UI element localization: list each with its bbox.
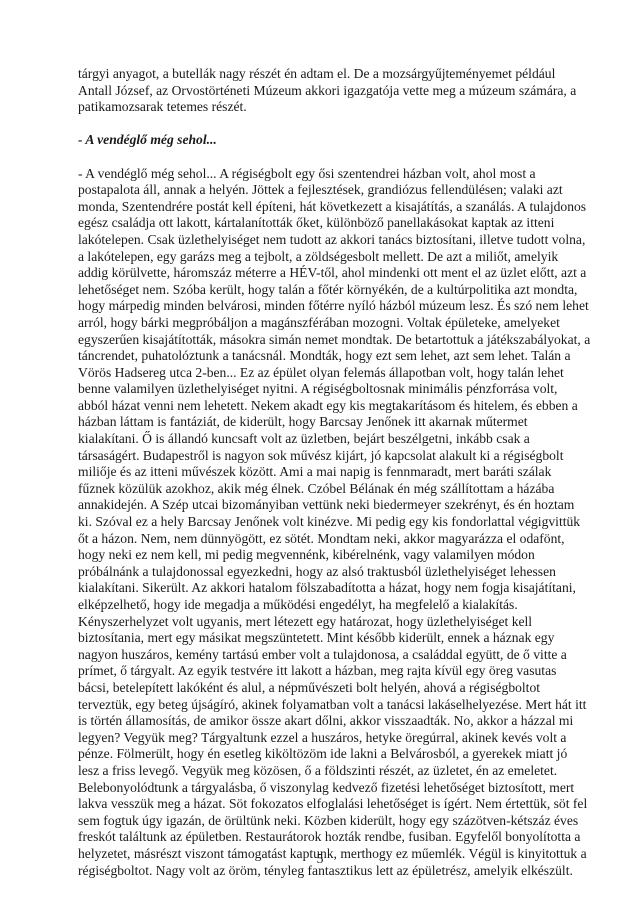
text-line: freskót találtunk az épületben. Restaurá… [78, 829, 578, 846]
text-line: egész családja ott lakott, kártalanított… [78, 215, 578, 232]
text-line: nagyon huszáros, kemény tartású ember vo… [78, 647, 578, 664]
text-line: postapalota áll, annak a helyén. Jöttek … [78, 182, 578, 199]
text-line: őt a házon. Nem, nem dünnyögött, ez söté… [78, 531, 578, 548]
text-line: monda, Szentendrére postát kell építeni,… [78, 199, 578, 216]
text-line: sem fogtuk úgy igazán, de örültünk neki.… [78, 813, 578, 830]
text-line: fűznek közülük azokhoz, akik még élnek. … [78, 481, 578, 498]
text-line: Vörös Hadsereg utca 2-ben... Ez az épüle… [78, 365, 578, 382]
document-page: tárgyi anyagot, a butellák nagy részét é… [78, 66, 578, 896]
text-line: lesz a friss levegő. Vegyük meg közösen,… [78, 763, 578, 780]
text-line: egyszerűen kisajátították, másokra simán… [78, 332, 578, 349]
text-line: lakva vesszük meg a házat. Söt fokozatos… [78, 796, 578, 813]
text-line: Kényszerhelyzet volt ugyanis, mert létez… [78, 614, 578, 631]
text-line: táncrendet, puhatolóztunk a tanácsnál. M… [78, 348, 578, 365]
text-line: hogy márpedig minden belvárosi, minden f… [78, 298, 578, 315]
text-line: - A vendéglő még sehol... A régiségbolt … [78, 166, 578, 183]
text-line: legyen? Vegyük meg? Tárgyaltunk ezzel a … [78, 730, 578, 747]
text-line: hogy neki ez nem kell, mi pedig megvenné… [78, 547, 578, 564]
text-line: abból házat venni nem lehetett. Nekem ak… [78, 398, 578, 415]
text-line: miliője és az itteni művészek között. Am… [78, 464, 578, 481]
text-line: biztosítania, mert egy másikat megszünte… [78, 630, 578, 647]
section-heading: - A vendéglő még sehol... [78, 132, 578, 149]
text-line: arról, hogy bárki megpróbáljon a magánsz… [78, 315, 578, 332]
text-line: patikamozsarak tetemes részét. [78, 99, 578, 116]
paragraph-body: - A vendéglő még sehol... A régiségbolt … [78, 166, 578, 880]
text-line: Antall József, az Orvostörténeti Múzeum … [78, 83, 578, 100]
text-line: prímet, ő tárgyalt. Az egyik testvére it… [78, 663, 578, 680]
text-line: társaságért. Budapestről is nagyon sok m… [78, 448, 578, 465]
text-line: annakidején. A Szép utcai bizományiban v… [78, 497, 578, 514]
text-line: kialakítani. Sikerült. Az akkori hatalom… [78, 580, 578, 597]
page-number: 5 [0, 851, 640, 867]
text-line: a lakótelepen, egy garázs meg a tejbolt,… [78, 249, 578, 266]
text-line: elképzelhető, hogy ide megadja a működés… [78, 597, 578, 614]
text-line: terveztük, egy beteg újságíró, akinek fo… [78, 697, 578, 714]
text-line: lakótelepen. Csak üzlethelyiséget nem tu… [78, 232, 578, 249]
text-line: tárgyi anyagot, a butellák nagy részét é… [78, 66, 578, 83]
text-line: is történ államosítás, de amikor össze a… [78, 713, 578, 730]
text-line: benne valamilyen üzlethelyiséget nyitni.… [78, 381, 578, 398]
text-line: házban láttam is fantáziát, de kiderült,… [78, 414, 578, 431]
text-line: addig körülvette, háromszáz méterre a HÉ… [78, 265, 578, 282]
text-line: ki. Szóval ez a hely Barcsay Jenőnek vol… [78, 514, 578, 531]
text-line: bácsi, betelepített lakóként és alul, a … [78, 680, 578, 697]
text-line: pénze. Fölmerült, hogy én esetleg kikölt… [78, 746, 578, 763]
text-line: kialakítani. Ő is állandó kuncsaft volt … [78, 431, 578, 448]
text-line: Belebonyolódtunk a tárgyalásba, ő viszon… [78, 780, 578, 797]
paragraph-intro: tárgyi anyagot, a butellák nagy részét é… [78, 66, 578, 116]
text-line: próbálnánk a tulajdonossal egyezkedni, h… [78, 564, 578, 581]
text-line: lehetőséget nem. Szóba került, hogy talá… [78, 282, 578, 299]
